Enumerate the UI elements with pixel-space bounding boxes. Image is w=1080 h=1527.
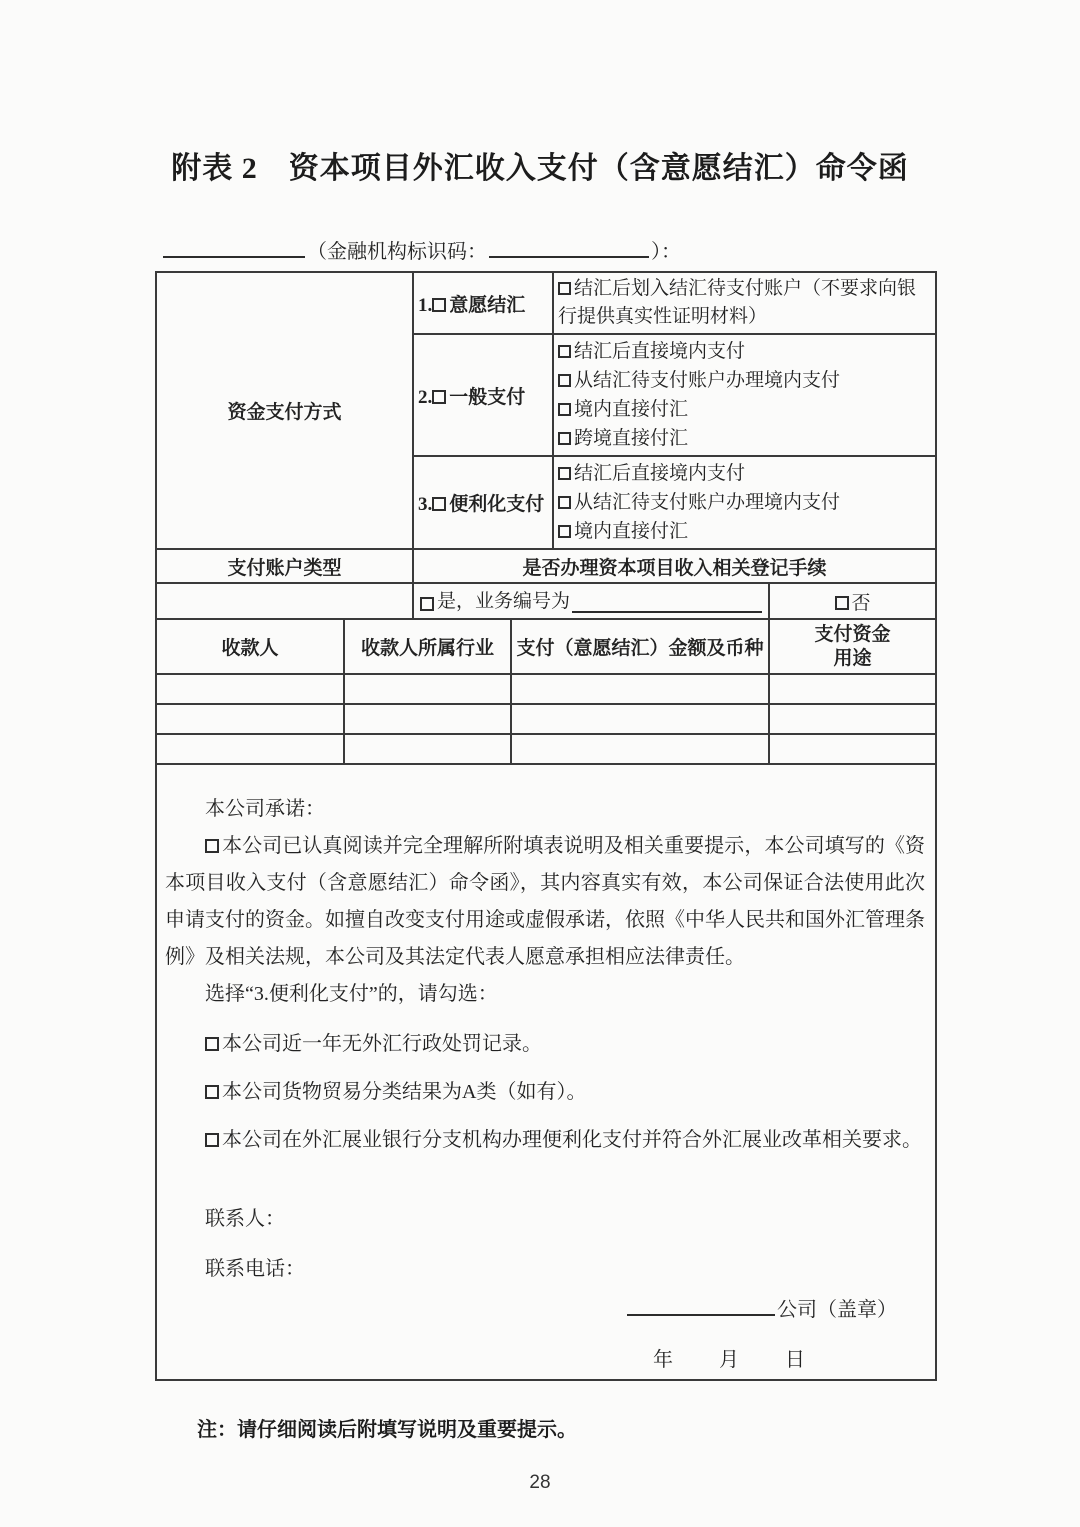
checkbox-icon[interactable] — [205, 839, 219, 853]
facilitated-check-item: 本公司货物贸易分类结果为A类（如有）。 — [165, 1075, 925, 1109]
contact-phone-label: 联系电话： — [165, 1251, 925, 1287]
industry-input-cell[interactable] — [344, 734, 511, 764]
option-item: 境内直接付汇 — [558, 517, 931, 546]
account-type-input-cell[interactable] — [156, 583, 413, 619]
table-row-commitment: 本公司承诺： 本公司已认真阅读并完全理解所附填表说明及相关重要提示，本公司填写的… — [156, 764, 936, 1380]
table-row — [156, 734, 936, 764]
option-item: 跨境直接付汇 — [558, 424, 931, 453]
company-name-blank[interactable] — [627, 1298, 775, 1316]
commitment-heading: 本公司承诺： — [165, 791, 925, 828]
business-number-blank[interactable] — [572, 607, 762, 613]
table-row — [156, 674, 936, 704]
salutation-suffix: ）： — [651, 241, 681, 263]
commitment-paragraph: 本公司已认真阅读并完全理解所附填表说明及相关重要提示，本公司填写的《资本项目收入… — [165, 828, 925, 976]
checkbox-icon[interactable] — [558, 496, 571, 509]
option-item: 结汇后划入结汇待支付账户（不要求向银行提供真实性证明材料） — [558, 275, 931, 331]
commitment-cell: 本公司承诺： 本公司已认真阅读并完全理解所附填表说明及相关重要提示，本公司填写的… — [156, 764, 936, 1380]
institution-name-blank[interactable] — [163, 240, 305, 258]
checkbox-icon[interactable] — [205, 1133, 219, 1147]
type-cell-voluntary-settlement: 1.意愿结汇 — [413, 272, 553, 334]
checkbox-icon[interactable] — [558, 374, 571, 387]
type-label: 便利化支付 — [449, 494, 544, 515]
type-cell-general-payment: 2.一般支付 — [413, 334, 553, 456]
type-number: 3. — [418, 494, 432, 515]
type-cell-facilitated-payment: 3.便利化支付 — [413, 456, 553, 549]
institution-code-label: （金融机构标识码： — [307, 241, 487, 263]
column-header-fund-purpose: 支付资金 用途 — [769, 619, 936, 674]
table-header-row: 收款人 收款人所属行业 支付（意愿结汇）金额及币种 支付资金 用途 — [156, 619, 936, 674]
check-item-label: 本公司在外汇展业银行分支机构办理便利化支付并符合外汇展业改革相关要求。 — [222, 1129, 922, 1151]
column-header-payee-industry: 收款人所属行业 — [344, 619, 511, 674]
type-label: 一般支付 — [449, 387, 525, 408]
checkbox-icon[interactable] — [432, 298, 446, 312]
salutation-line: （金融机构标识码：）： — [163, 235, 1080, 264]
purpose-input-cell[interactable] — [769, 734, 936, 764]
date-line: 年 月 日 — [165, 1341, 925, 1379]
registration-no-label: 否 — [852, 593, 871, 614]
page-number: 28 — [0, 1472, 1080, 1494]
option-label: 境内直接付汇 — [574, 521, 688, 542]
purpose-input-cell[interactable] — [769, 674, 936, 704]
footer-note: 注：请仔细阅读后附填写说明及重要提示。 — [197, 1413, 1080, 1442]
option-label: 结汇后直接境内支付 — [574, 341, 745, 362]
industry-input-cell[interactable] — [344, 704, 511, 734]
contact-person-label: 联系人： — [165, 1201, 925, 1237]
option-label: 从结汇待支付账户办理境内支付 — [574, 492, 840, 513]
table-row — [156, 704, 936, 734]
purpose-input-cell[interactable] — [769, 704, 936, 734]
checkbox-icon[interactable] — [432, 390, 446, 404]
checkbox-icon[interactable] — [835, 596, 849, 610]
registration-no-cell: 否 — [769, 583, 936, 619]
checkbox-icon[interactable] — [558, 432, 571, 445]
column-header-payee: 收款人 — [156, 619, 344, 674]
checkbox-icon[interactable] — [432, 497, 446, 511]
options-cell-general-payment: 结汇后直接境内支付 从结汇待支付账户办理境内支付 境内直接付汇 跨境直接付汇 — [553, 334, 936, 456]
amount-input-cell[interactable] — [511, 734, 769, 764]
option-label: 跨境直接付汇 — [574, 428, 688, 449]
payee-input-cell[interactable] — [156, 734, 344, 764]
checkbox-icon[interactable] — [558, 282, 571, 295]
options-cell-facilitated-payment: 结汇后直接境内支付 从结汇待支付账户办理境内支付 境内直接付汇 — [553, 456, 936, 549]
checkbox-icon[interactable] — [558, 345, 571, 358]
checkbox-icon[interactable] — [205, 1037, 219, 1051]
option-item: 从结汇待支付账户办理境内支付 — [558, 488, 931, 517]
facilitated-check-item: 本公司在外汇展业银行分支机构办理便利化支付并符合外汇展业改革相关要求。 — [165, 1123, 925, 1157]
payment-method-label: 资金支付方式 — [156, 272, 413, 549]
facilitated-select-note: 选择“3.便利化支付”的，请勾选： — [165, 976, 925, 1013]
checkbox-icon[interactable] — [205, 1085, 219, 1099]
checkbox-icon[interactable] — [558, 467, 571, 480]
table-row-registration-answer: 是，业务编号为 否 — [156, 583, 936, 619]
company-seal-line: 公司（盖章） — [165, 1291, 925, 1329]
type-number: 2. — [418, 387, 432, 408]
registration-question-label: 是否办理资本项目收入相关登记手续 — [413, 549, 936, 583]
option-item: 结汇后直接境内支付 — [558, 459, 931, 488]
type-label: 意愿结汇 — [449, 295, 525, 316]
option-item: 结汇后直接境内支付 — [558, 337, 931, 366]
option-label: 境内直接付汇 — [574, 399, 688, 420]
company-seal-label: 公司（盖章） — [777, 1299, 897, 1321]
checkbox-icon[interactable] — [558, 403, 571, 416]
checkbox-icon[interactable] — [558, 525, 571, 538]
column-header-amount-currency: 支付（意愿结汇）金额及币种 — [511, 619, 769, 674]
option-label: 结汇后直接境内支付 — [574, 463, 745, 484]
commitment-text: 本公司已认真阅读并完全理解所附填表说明及相关重要提示，本公司填写的《资本项目收入… — [165, 835, 925, 968]
checkbox-icon[interactable] — [420, 597, 434, 611]
registration-yes-cell: 是，业务编号为 — [413, 583, 769, 619]
industry-input-cell[interactable] — [344, 674, 511, 704]
facilitated-check-item: 本公司近一年无外汇行政处罚记录。 — [165, 1027, 925, 1061]
check-item-label: 本公司近一年无外汇行政处罚记录。 — [222, 1033, 542, 1055]
type-number: 1. — [418, 295, 432, 316]
payee-input-cell[interactable] — [156, 704, 344, 734]
amount-input-cell[interactable] — [511, 704, 769, 734]
amount-input-cell[interactable] — [511, 674, 769, 704]
registration-yes-label: 是，业务编号为 — [437, 586, 570, 613]
table-row-voluntary-settlement: 资金支付方式 1.意愿结汇 结汇后划入结汇待支付账户（不要求向银行提供真实性证明… — [156, 272, 936, 334]
payee-input-cell[interactable] — [156, 674, 344, 704]
account-type-label: 支付账户类型 — [156, 549, 413, 583]
page-title: 附表 2 资本项目外汇收入支付（含意愿结汇）命令函 — [0, 0, 1080, 187]
option-label: 从结汇待支付账户办理境内支付 — [574, 370, 840, 391]
option-item: 从结汇待支付账户办理境内支付 — [558, 366, 931, 395]
option-item: 境内直接付汇 — [558, 395, 931, 424]
option-label: 结汇后划入结汇待支付账户（不要求向银行提供真实性证明材料） — [558, 278, 916, 327]
options-cell-voluntary-settlement: 结汇后划入结汇待支付账户（不要求向银行提供真实性证明材料） — [553, 272, 936, 334]
payment-order-form-table: 资金支付方式 1.意愿结汇 结汇后划入结汇待支付账户（不要求向银行提供真实性证明… — [155, 271, 937, 1381]
table-row-account-type: 支付账户类型 是否办理资本项目收入相关登记手续 — [156, 549, 936, 583]
institution-code-blank[interactable] — [489, 240, 649, 258]
check-item-label: 本公司货物贸易分类结果为A类（如有）。 — [222, 1081, 586, 1103]
